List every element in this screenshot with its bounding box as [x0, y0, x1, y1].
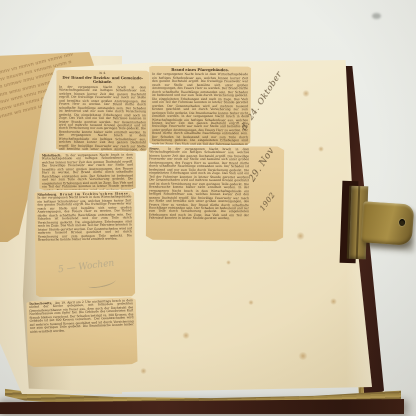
clasp-tongue	[361, 201, 415, 245]
clipping-body-text: In der vergangenen Nacht brach in dem Wi…	[59, 85, 146, 124]
newspaper-clipping-nikolsburg: Nikolsburg. Brand im Trebits’schen Hause…	[34, 190, 135, 297]
clasp-hole	[399, 219, 405, 226]
clasp-hinge-seam	[356, 186, 360, 259]
foxing-spot	[298, 352, 308, 360]
newspaper-clipping-tschechowitz: Tschechowitz, Am 19. April um 2 Uhr nach…	[26, 297, 138, 368]
photo-scene: nummnv vn mmvn unm vnmw nnv wmnv nnuvm m…	[0, 0, 416, 416]
foxing-spot	[182, 332, 190, 339]
newspaper-clipping-district-buildings-fire: № 4. Der Brand der Bezirks- und Gemeinde…	[56, 70, 150, 152]
clipping-body-text: In der vergangenen Nacht brach in dem Wi…	[152, 114, 248, 145]
foxing-spot	[248, 300, 254, 305]
foxing-spot	[302, 90, 310, 97]
clipping-body-text: In der vergangenen Nacht brach in dem Wi…	[152, 72, 248, 107]
foxing-spot	[296, 232, 305, 240]
clipping-body-text: In der vergangenen Nacht brach in dem Wi…	[149, 147, 249, 179]
clipping-text-column: Feuer. In der vergangenen Nacht brach in…	[149, 148, 249, 221]
clipping-body-text: In der vergangenen Nacht brach in dem Wi…	[42, 153, 133, 191]
foxing-spot	[226, 260, 231, 265]
clipping-body-text: In der vergangenen Nacht brach in dem Wi…	[59, 130, 146, 151]
clipping-body-text: In der vergangenen Nacht brach in dem Wi…	[149, 185, 249, 220]
foxing-spot	[140, 368, 147, 374]
foxing-spot	[318, 146, 324, 152]
foxing-spot	[330, 298, 337, 305]
newspaper-clipping-parsonage-fire: Brand eines Pfarrgebäudes. In der vergan…	[149, 66, 251, 145]
background-smudge	[372, 13, 381, 19]
newspaper-clipping-mistelbach: Mistelbach. In der vergangenen Nacht bra…	[39, 151, 136, 190]
